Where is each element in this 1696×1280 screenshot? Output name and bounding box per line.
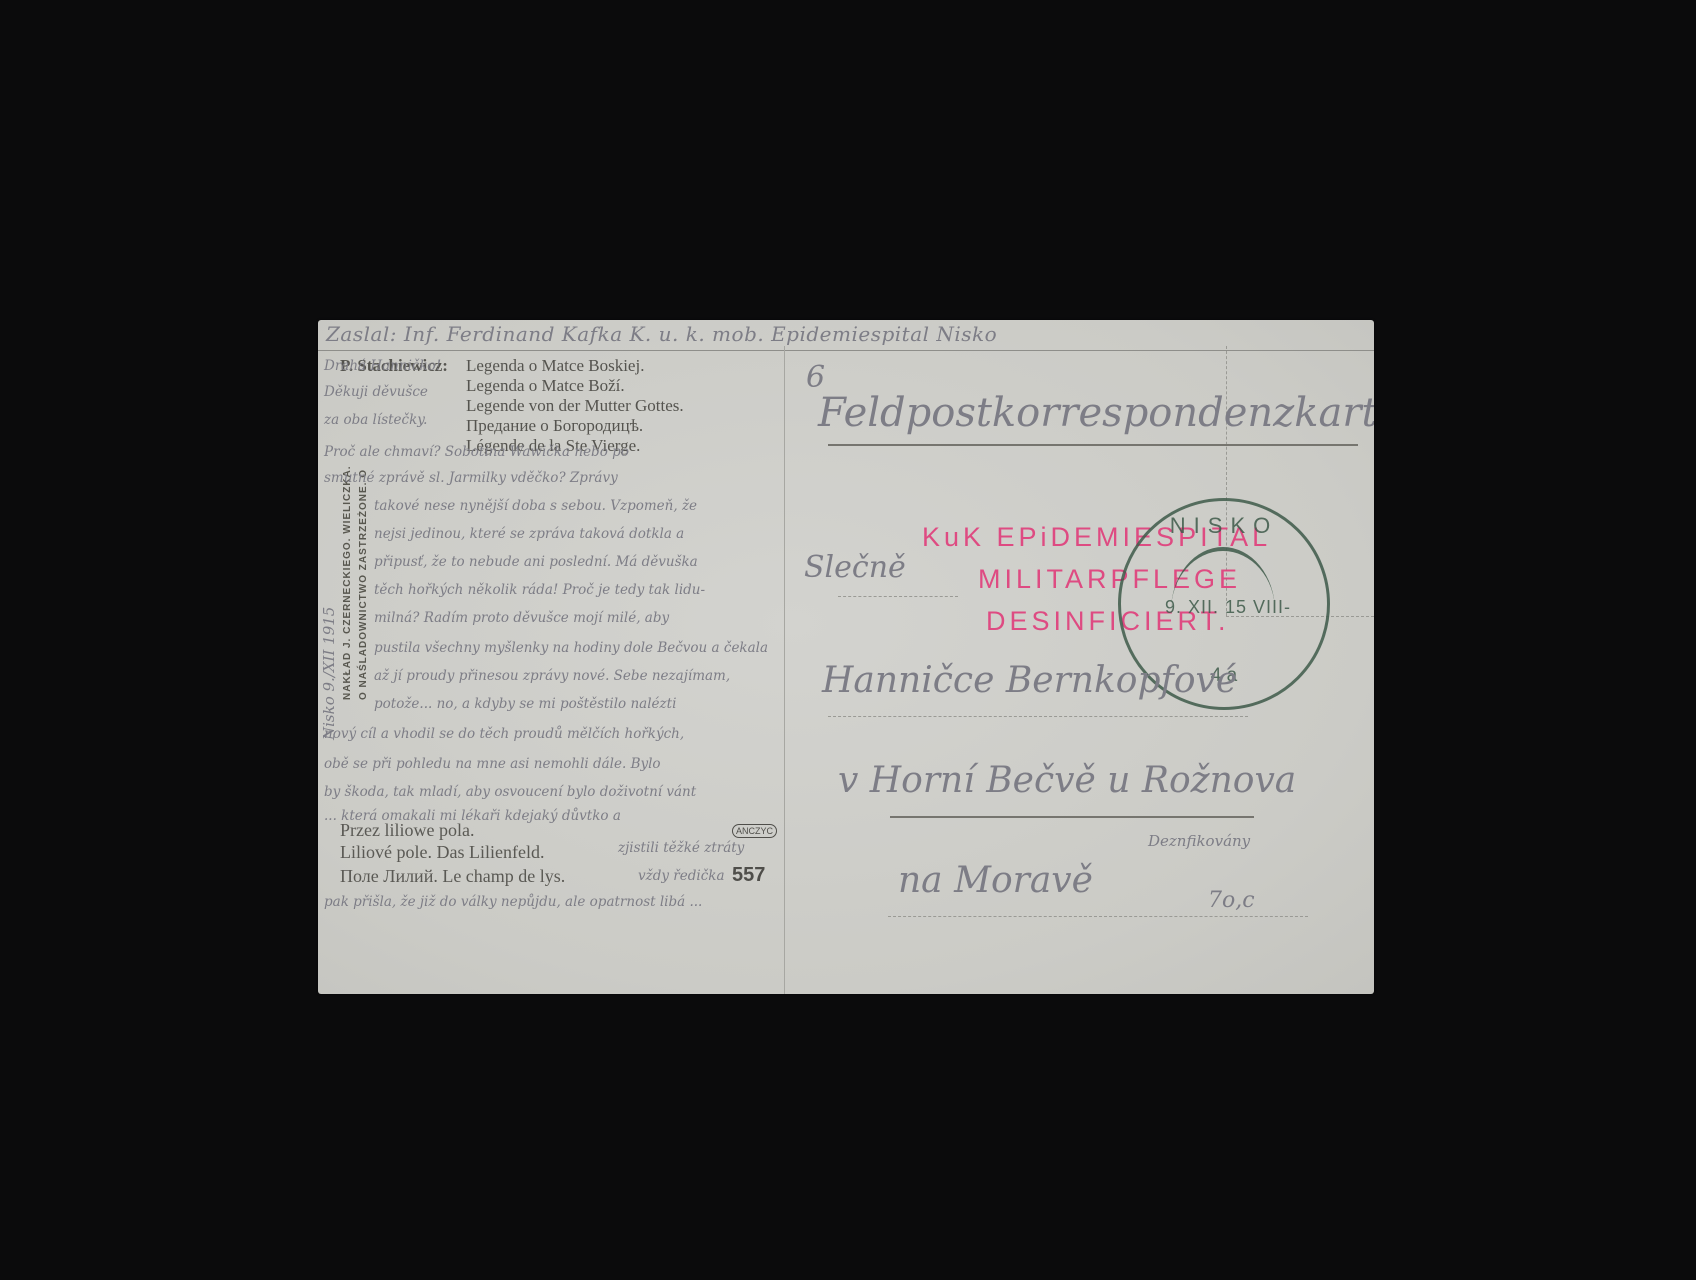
caption-czech-german: Liliové pole. Das Lilienfeld. (340, 842, 544, 863)
message-date: Nisko 9./XII 1915 (320, 607, 338, 740)
message-line: by škoda, tak mladí, aby osvoucení bylo … (324, 784, 696, 800)
recipient-salutation: Slečně (804, 550, 906, 585)
caption-polish: Przez liliowe pola. (340, 820, 474, 841)
message-line: zjistili těžké ztráty (618, 840, 744, 856)
message-line: připusť, že to nebude ani poslední. Má d… (374, 554, 698, 570)
message-line: pustila všechny myšlenky na hodiny dole … (374, 640, 768, 656)
title-german: Legende von der Mutter Gottes. (466, 396, 684, 416)
feldpost-heading: Feldpostkorrespondenzkarte (818, 390, 1374, 436)
recipient-region: na Moravě (898, 860, 1093, 901)
message-line: Děkuji děvušce (324, 384, 428, 400)
message-line: těch hořkých několik ráda! Proč je tedy … (374, 582, 705, 598)
message-line: obě se při pohledu na mne asi nemohli dá… (324, 756, 661, 772)
title-russian: Предание о Богородицѣ. (466, 416, 643, 436)
message-line: nový cíl a vhodil se do těch proudů mělč… (324, 726, 684, 742)
recipient-town: v Horní Bečvě u Rožnova (838, 760, 1296, 801)
address-rule (888, 916, 1308, 917)
message-line: vždy ředička (638, 868, 725, 884)
title-czech: Legenda o Matce Boží. (466, 376, 625, 396)
message-line: smutné zprávě sl. Jarmilky vděčko? Zpráv… (324, 470, 618, 486)
sender-rule (318, 350, 1374, 351)
message-line: až jí proudy přinesou zprávy nové. Sebe … (374, 668, 730, 684)
message-line: za oba lístečky. (324, 412, 427, 428)
postcard: Zaslal: Inf. Ferdinand Kafka K. u. k. mo… (318, 320, 1374, 994)
printer-logo: ANCZYC (732, 824, 777, 838)
title-polish: Legenda o Matce Boskiej. (466, 356, 644, 376)
message-line: milná? Radím proto děvušce mojí milé, ab… (374, 610, 669, 626)
sender-line: Zaslal: Inf. Ferdinand Kafka K. u. k. mo… (326, 322, 997, 346)
message-line: nejsi jedinou, které se zpráva taková do… (374, 526, 684, 542)
center-divider (784, 346, 785, 994)
recipient-name: Hanničce Bernkopfové (822, 660, 1237, 701)
address-rule (828, 716, 1248, 717)
copyright-line: O NAŚLADOWNICTWO ZASTRZEŻONE. O (358, 469, 369, 700)
address-rule (890, 816, 1254, 818)
publisher-line: NAKŁAD J. CZERNECKIEGO. WIELICZKA. (342, 465, 353, 700)
message-line: Proč ale chmaví? Sobotina Wawička nebo p… (324, 444, 629, 460)
caption-russian-french: Поле Лилий. Le champ de lys. (340, 866, 565, 887)
heading-rule (828, 444, 1358, 446)
message-line: Drahá Hanničko! (324, 358, 441, 374)
pencil-note: Deznfikovány (1148, 832, 1250, 850)
message-line: pak přišla, že již do války nepůjdu, ale… (324, 894, 702, 910)
address-rule (838, 596, 958, 597)
postmark-date: 9. XII. 15 VIII- (1165, 597, 1291, 618)
postmark-town: NISKO (1121, 513, 1327, 539)
message-line: potože... no, a kdyby se mi poštěstilo n… (374, 696, 676, 712)
card-number: 557 (732, 864, 765, 887)
pencil-note: 7o,c (1208, 888, 1255, 913)
message-line: takové nese nynější doba s sebou. Vzpome… (374, 498, 697, 514)
